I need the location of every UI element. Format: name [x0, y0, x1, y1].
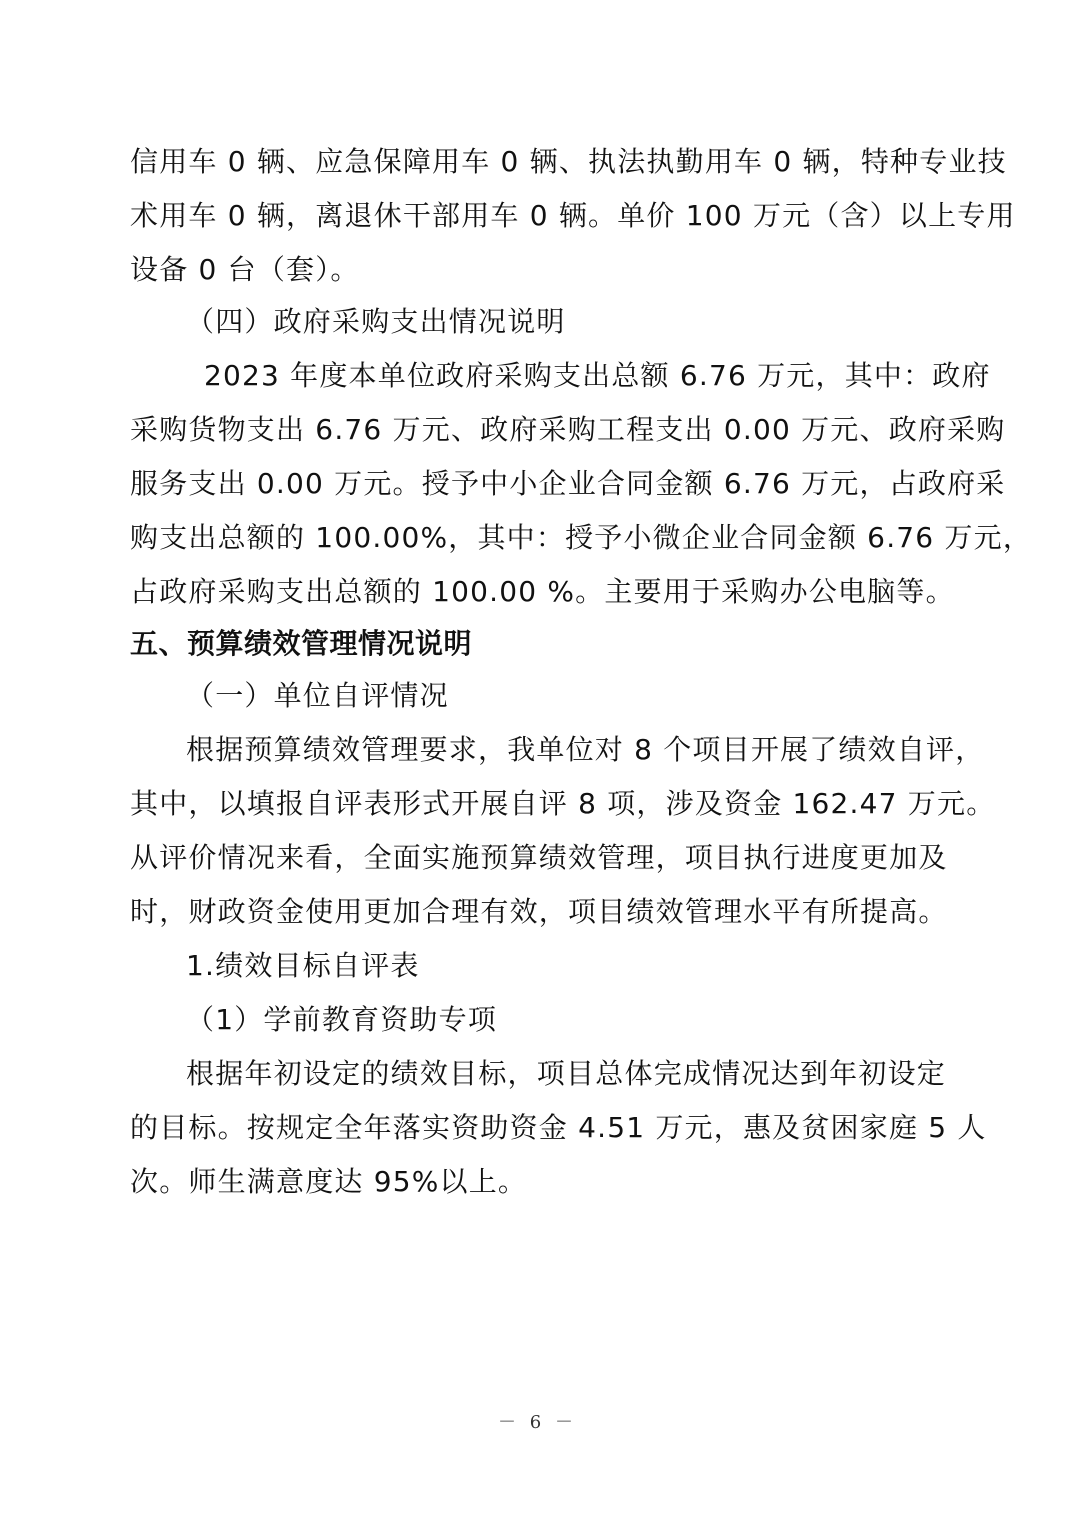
- paragraph-line: 时，财政资金使用更加合理有效，项目绩效管理水平有所提高。: [130, 886, 948, 938]
- paragraph-line: 的目标。按规定全年落实资助资金 4.51 万元，惠及贫困家庭 5 人: [130, 1102, 946, 1154]
- section-heading-self-evaluation: （一）单位自评情况: [186, 670, 449, 722]
- paragraph-line: 根据年初设定的绩效目标，项目总体完成情况达到年初设定: [186, 1048, 946, 1100]
- section-heading-government-procurement: （四）政府采购支出情况说明: [186, 296, 566, 348]
- paragraph-line: 其中，以填报自评表形式开展自评 8 项，涉及资金 162.47 万元。: [130, 778, 946, 830]
- paragraph-line: 术用车 0 辆，离退休干部用车 0 辆。单价 100 万元（含）以上专用: [130, 190, 946, 242]
- paragraph-line: 占政府采购支出总额的 100.00 %。主要用于采购办公电脑等。: [130, 566, 955, 618]
- page-number: － 6 －: [0, 1408, 1075, 1434]
- paragraph-line: 服务支出 0.00 万元。授予中小企业合同金额 6.76 万元，占政府采: [130, 458, 946, 510]
- paragraph-line: 设备 0 台（套）。: [130, 244, 360, 296]
- item-subheading-preschool-aid: （1）学前教育资助专项: [186, 994, 497, 1046]
- paragraph-line: 采购货物支出 6.76 万元、政府采购工程支出 0.00 万元、政府采购: [130, 404, 946, 456]
- paragraph-line: 购支出总额的 100.00%，其中：授予小微企业合同金额 6.76 万元，: [130, 512, 946, 564]
- chapter-heading-budget-performance: 五、预算绩效管理情况说明: [130, 618, 472, 670]
- paragraph-line: 从评价情况来看，全面实施预算绩效管理，项目执行进度更加及: [130, 832, 946, 884]
- paragraph-line: 根据预算绩效管理要求，我单位对 8 个项目开展了绩效自评，: [186, 724, 946, 776]
- paragraph-line: 2023 年度本单位政府采购支出总额 6.76 万元，其中：政府: [204, 350, 946, 402]
- paragraph-line: 信用车 0 辆、应急保障用车 0 辆、执法执勤用车 0 辆，特种专业技: [130, 136, 946, 188]
- item-heading-performance-table: 1.绩效目标自评表: [186, 940, 420, 992]
- paragraph-line: 次。师生满意度达 95%以上。: [130, 1156, 527, 1208]
